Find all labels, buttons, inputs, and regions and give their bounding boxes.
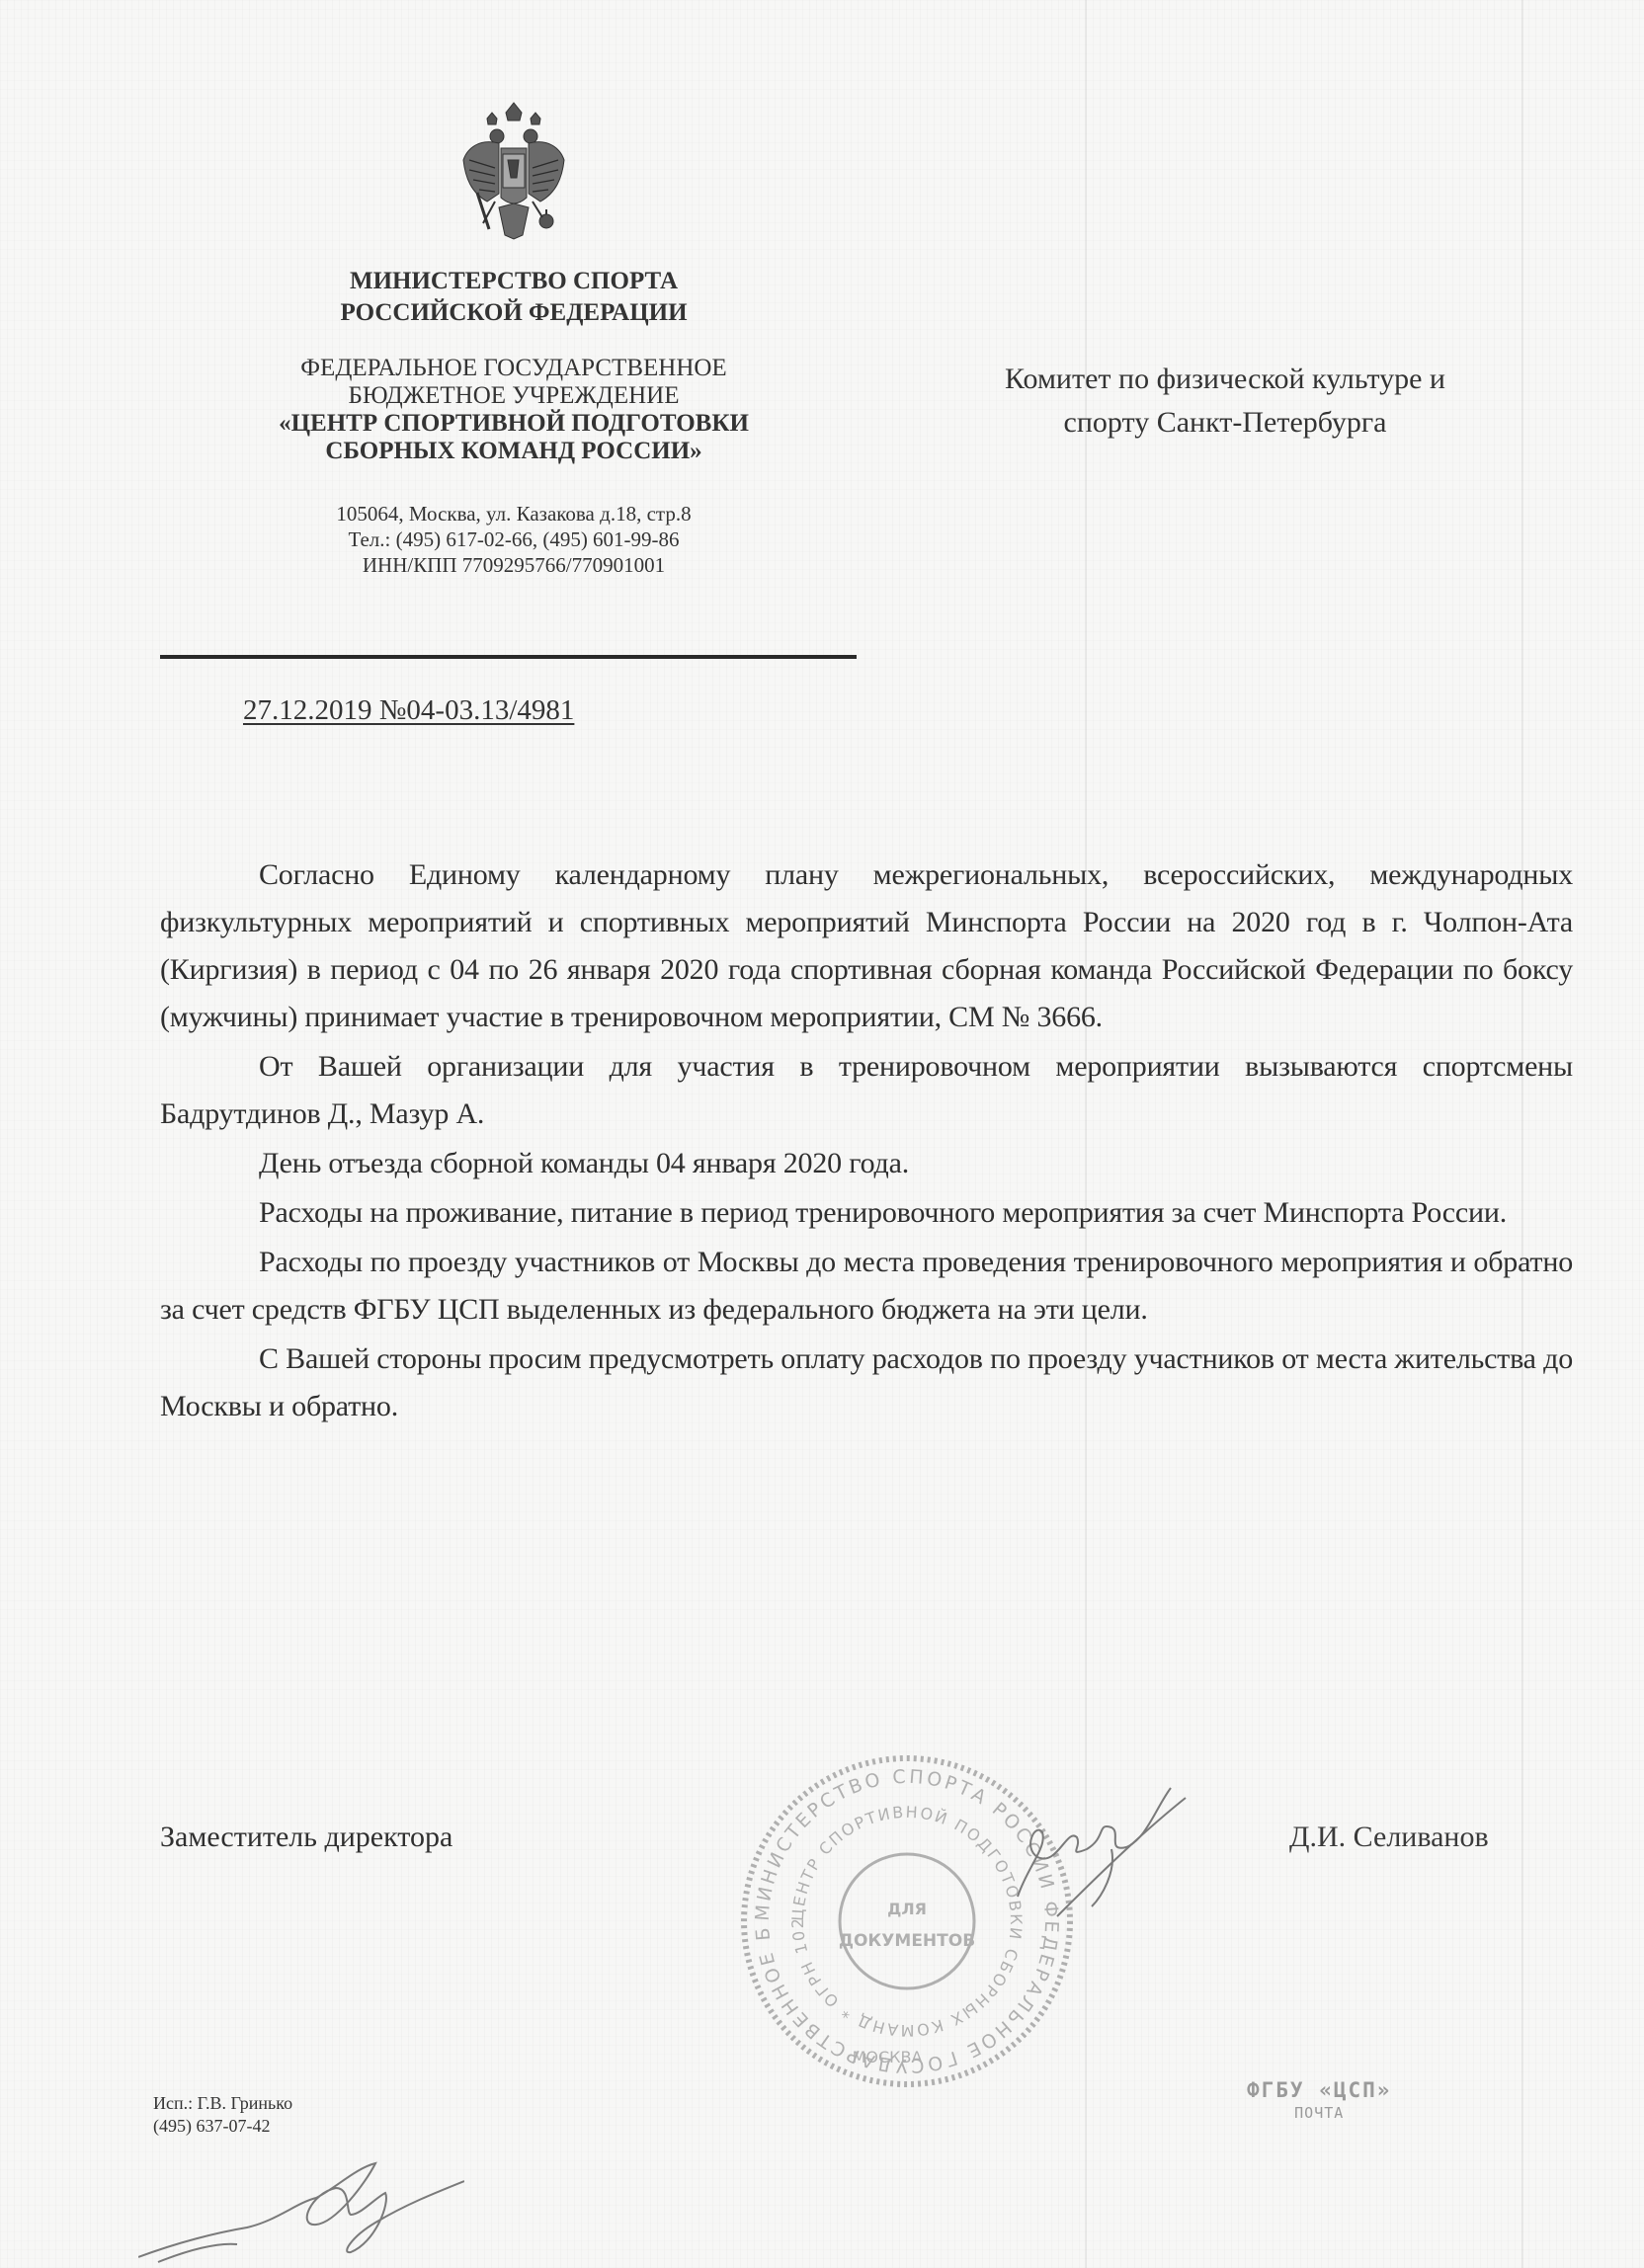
addressee: Комитет по физической культуре и спорту … bbox=[889, 358, 1561, 445]
body-paragraph: Расходы на проживание, питание в период … bbox=[160, 1189, 1573, 1237]
signatory-name: Д.И. Селиванов bbox=[1289, 1821, 1489, 1854]
body-paragraph: От Вашей организации для участия в трени… bbox=[160, 1043, 1573, 1138]
handwritten-signature-director bbox=[998, 1778, 1195, 1926]
body-paragraph: Согласно Единому календарному плану межр… bbox=[160, 851, 1573, 1041]
signatory-title: Заместитель директора bbox=[160, 1821, 452, 1854]
institution-name: ФЕДЕРАЛЬНОЕ ГОСУДАРСТВЕННОЕ БЮДЖЕТНОЕ УЧ… bbox=[158, 355, 869, 465]
letterhead: МИНИСТЕРСТВО СПОРТА РОССИЙСКОЙ ФЕДЕРАЦИИ… bbox=[158, 99, 869, 578]
executor-info: Исп.: Г.В. Гринько (495) 637-07-42 bbox=[153, 2092, 292, 2138]
phones: Тел.: (495) 617-02-66, (495) 601-99-86 bbox=[158, 526, 869, 552]
mail-stamp-org: ФГБУ «ЦСП» bbox=[1247, 2078, 1391, 2102]
inn-kpp: ИНН/КПП 7709295766/770901001 bbox=[158, 552, 869, 578]
mail-stamp-dept: ПОЧТА bbox=[1247, 2104, 1391, 2122]
letterhead-divider bbox=[160, 655, 857, 659]
handwritten-signature-executor bbox=[138, 2144, 464, 2268]
executor-phone: (495) 637-07-42 bbox=[153, 2115, 292, 2138]
body-paragraph: С Вашей стороны просим предусмотреть опл… bbox=[160, 1336, 1573, 1430]
registration-date-number: 27.12.2019 №04-03.13/4981 bbox=[243, 694, 574, 727]
ministry-name: МИНИСТЕРСТВО СПОРТА РОССИЙСКОЙ ФЕДЕРАЦИИ bbox=[158, 266, 869, 329]
executor-name: Исп.: Г.В. Гринько bbox=[153, 2092, 292, 2115]
mail-stamp: ФГБУ «ЦСП» ПОЧТА bbox=[1247, 2078, 1391, 2122]
svg-text:ДЛЯ: ДЛЯ bbox=[887, 1900, 927, 1918]
institution-contacts: 105064, Москва, ул. Казакова д.18, стр.8… bbox=[158, 501, 869, 578]
body-paragraph: Расходы по проезду участников от Москвы … bbox=[160, 1239, 1573, 1334]
svg-text:ДОКУМЕНТОВ: ДОКУМЕНТОВ bbox=[839, 1931, 975, 1951]
svg-text:МОСКВА: МОСКВА bbox=[853, 2048, 923, 2066]
russian-coat-of-arms-icon bbox=[459, 99, 568, 252]
address: 105064, Москва, ул. Казакова д.18, стр.8 bbox=[158, 501, 869, 526]
body-paragraph: День отъезда сборной команды 04 января 2… bbox=[160, 1140, 1573, 1187]
letter-body: Согласно Единому календарному плану межр… bbox=[160, 851, 1573, 1432]
